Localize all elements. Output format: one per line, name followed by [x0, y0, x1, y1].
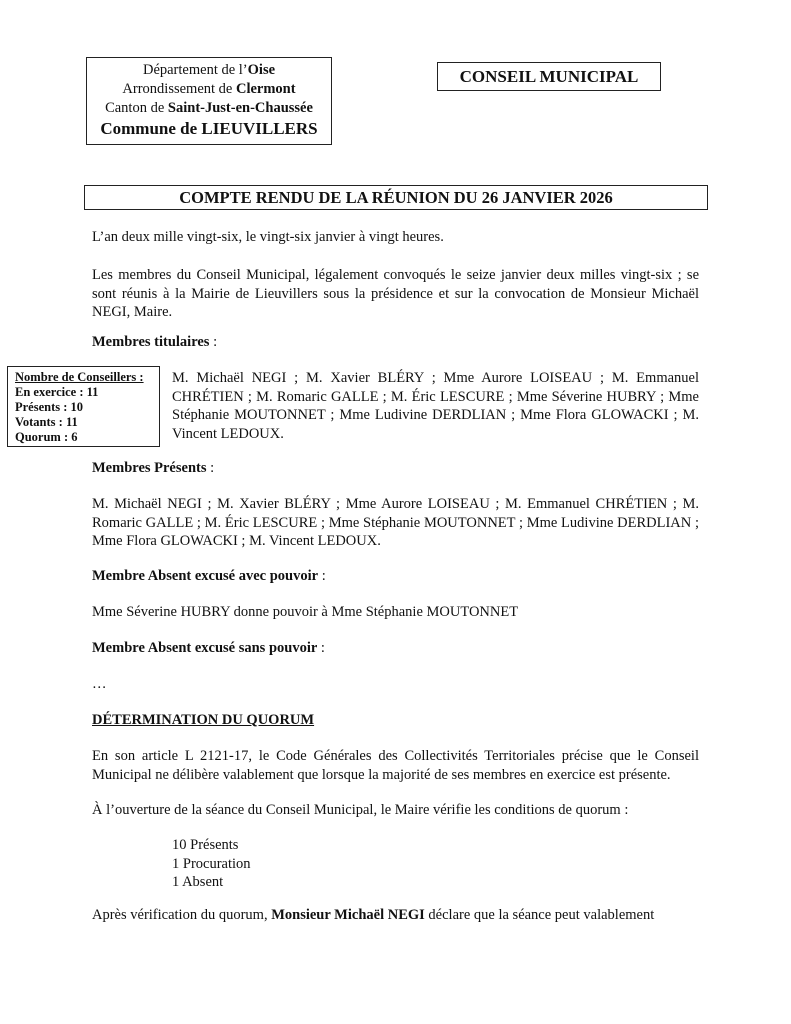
- quorum-conclusion: Après vérification du quorum, Monsieur M…: [92, 906, 699, 925]
- departement-line: Département de l’Oise: [87, 61, 331, 80]
- quorum-ouverture: À l’ouverture de la séance du Conseil Mu…: [92, 801, 699, 820]
- commune-line: Commune de LIEUVILLERS: [87, 118, 331, 139]
- titulaires-list: M. Michaël NEGI ; M. Xavier BLÉRY ; Mme …: [172, 369, 699, 443]
- arrondissement-line: Arrondissement de Clermont: [87, 80, 331, 99]
- page-title: COMPTE RENDU DE LA RÉUNION DU 26 JANVIER…: [84, 185, 708, 210]
- presents-list: M. Michaël NEGI ; M. Xavier BLÉRY ; Mme …: [92, 495, 699, 551]
- absent-avec-text: Mme Séverine HUBRY donne pouvoir à Mme S…: [92, 603, 699, 622]
- absent-avec-heading: Membre Absent excusé avec pouvoir :: [92, 567, 699, 586]
- count-votants: Votants : 11: [15, 415, 159, 430]
- quorum-article: En son article L 2121-17, le Code Généra…: [92, 747, 699, 784]
- count-presents: Présents : 10: [15, 400, 159, 415]
- quorum-heading: DÉTERMINATION DU QUORUM: [92, 711, 699, 730]
- intro-paragraph: L’an deux mille vingt-six, le vingt-six …: [92, 228, 699, 247]
- counts-heading: Nombre de Conseillers :: [15, 370, 159, 385]
- convocation-paragraph: Les membres du Conseil Municipal, légale…: [92, 266, 699, 322]
- conseillers-count-box: Nombre de Conseillers : En exercice : 11…: [7, 366, 160, 447]
- presents-heading: Membres Présents :: [92, 459, 699, 478]
- quorum-list-item: 1 Absent: [172, 873, 251, 892]
- header-box: Département de l’Oise Arrondissement de …: [86, 57, 332, 145]
- absent-sans-heading: Membre Absent excusé sans pouvoir :: [92, 639, 699, 658]
- titulaires-heading: Membres titulaires :: [92, 333, 699, 352]
- conseil-municipal-label: CONSEIL MUNICIPAL: [437, 62, 661, 91]
- canton-line: Canton de Saint-Just-en-Chaussée: [87, 99, 331, 118]
- count-en-exercice: En exercice : 11: [15, 385, 159, 400]
- absent-sans-text: …: [92, 675, 699, 694]
- quorum-list-item: 10 Présents: [172, 836, 251, 855]
- count-quorum: Quorum : 6: [15, 430, 159, 445]
- quorum-list-item: 1 Procuration: [172, 855, 251, 874]
- quorum-list: 10 Présents 1 Procuration 1 Absent: [172, 836, 251, 892]
